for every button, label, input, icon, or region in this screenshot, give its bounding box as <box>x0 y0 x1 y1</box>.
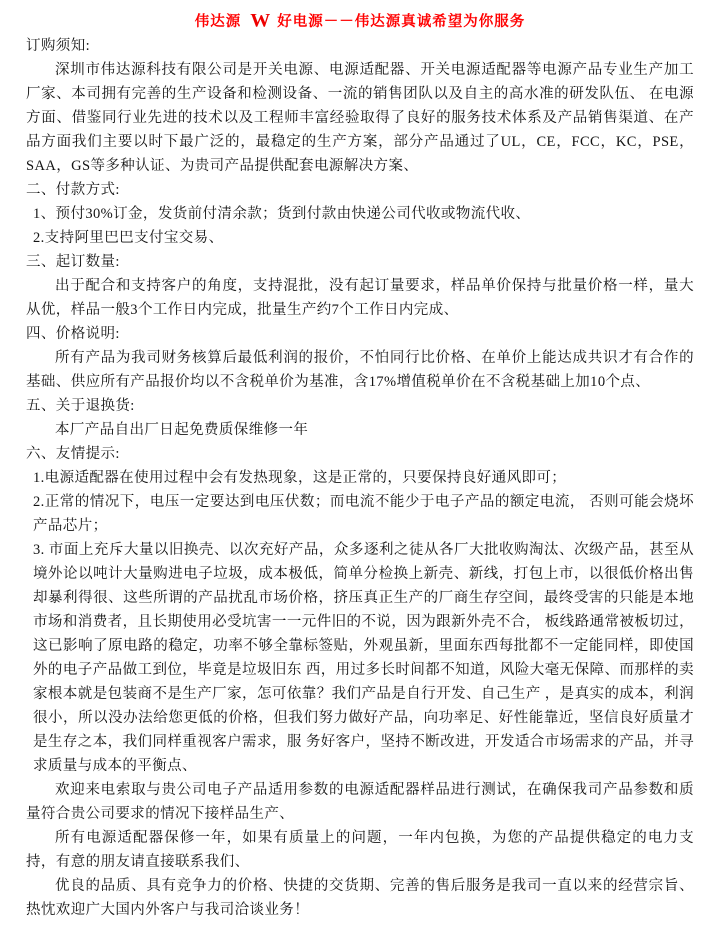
section-heading-returns: 五、关于退换货: <box>26 394 694 418</box>
document-page: 伟达源W好电源－－伟达源真诚希望为你服务 订购须知: 深圳市伟达源科技有限公司是… <box>0 0 720 930</box>
document-header: 伟达源W好电源－－伟达源真诚希望为你服务 <box>26 9 694 34</box>
paragraph-sample-invitation: 欢迎来电索取与贵公司电子产品适用参数的电源适配器样品进行测试，在确保我司产品参数… <box>26 778 694 826</box>
list-item-tip-3: 3. 市面上充斥大量以旧换壳、以次充好产品，众多逐利之徒从各厂大批收购淘汰、次级… <box>26 538 694 778</box>
section-title-order-notice: 订购须知: <box>26 34 694 58</box>
list-item-payment-2: 2.支持阿里巴巴支付宝交易、 <box>26 226 694 250</box>
paragraph-warranty: 本厂产品自出厂日起免费质保维修一年 <box>26 418 694 442</box>
section-heading-tips: 六、友情提示: <box>26 442 694 466</box>
list-item-tip-2: 2.正常的情况下，电压一定要达到电压伏数；而电流不能少于电子产品的额定电流， 否… <box>26 490 694 538</box>
list-item-tip-1: 1.电源适配器在使用过程中会有发热现象，这是正常的，只要保持良好通风即可； <box>26 466 694 490</box>
section-heading-pricing: 四、价格说明: <box>26 322 694 346</box>
section-heading-moq: 三、起订数量: <box>26 250 694 274</box>
paragraph-warranty-promise: 所有电源适配器保修一年，如果有质量上的问题，一年内包换，为您的产品提供稳定的电力… <box>26 826 694 874</box>
paragraph-pricing: 所有产品为我司财务核算后最低利润的报价，不怕同行比价格、在单价上能达成共识才有合… <box>26 346 694 394</box>
brand-name: 伟达源 <box>195 14 242 30</box>
header-tagline: 好电源－－伟达源真诚希望为你服务 <box>277 14 525 30</box>
section-heading-payment: 二、付款方式: <box>26 178 694 202</box>
list-item-payment-1: 1、预付30%订金，发货前付清余款；货到付款由快递公司代收或物流代收、 <box>26 202 694 226</box>
paragraph-moq: 出于配合和支持客户的角度，支持混批，没有起订量要求，样品单价保持与批量价格一样，… <box>26 274 694 322</box>
paragraph-closing: 优良的品质、具有竞争力的价格、快捷的交货期、完善的售后服务是我司一直以来的经营宗… <box>26 874 694 922</box>
brand-w-icon: W <box>250 10 270 33</box>
paragraph-company-intro: 深圳市伟达源科技有限公司是开关电源、电源适配器、开关电源适配器等电源产品专业生产… <box>26 58 694 178</box>
